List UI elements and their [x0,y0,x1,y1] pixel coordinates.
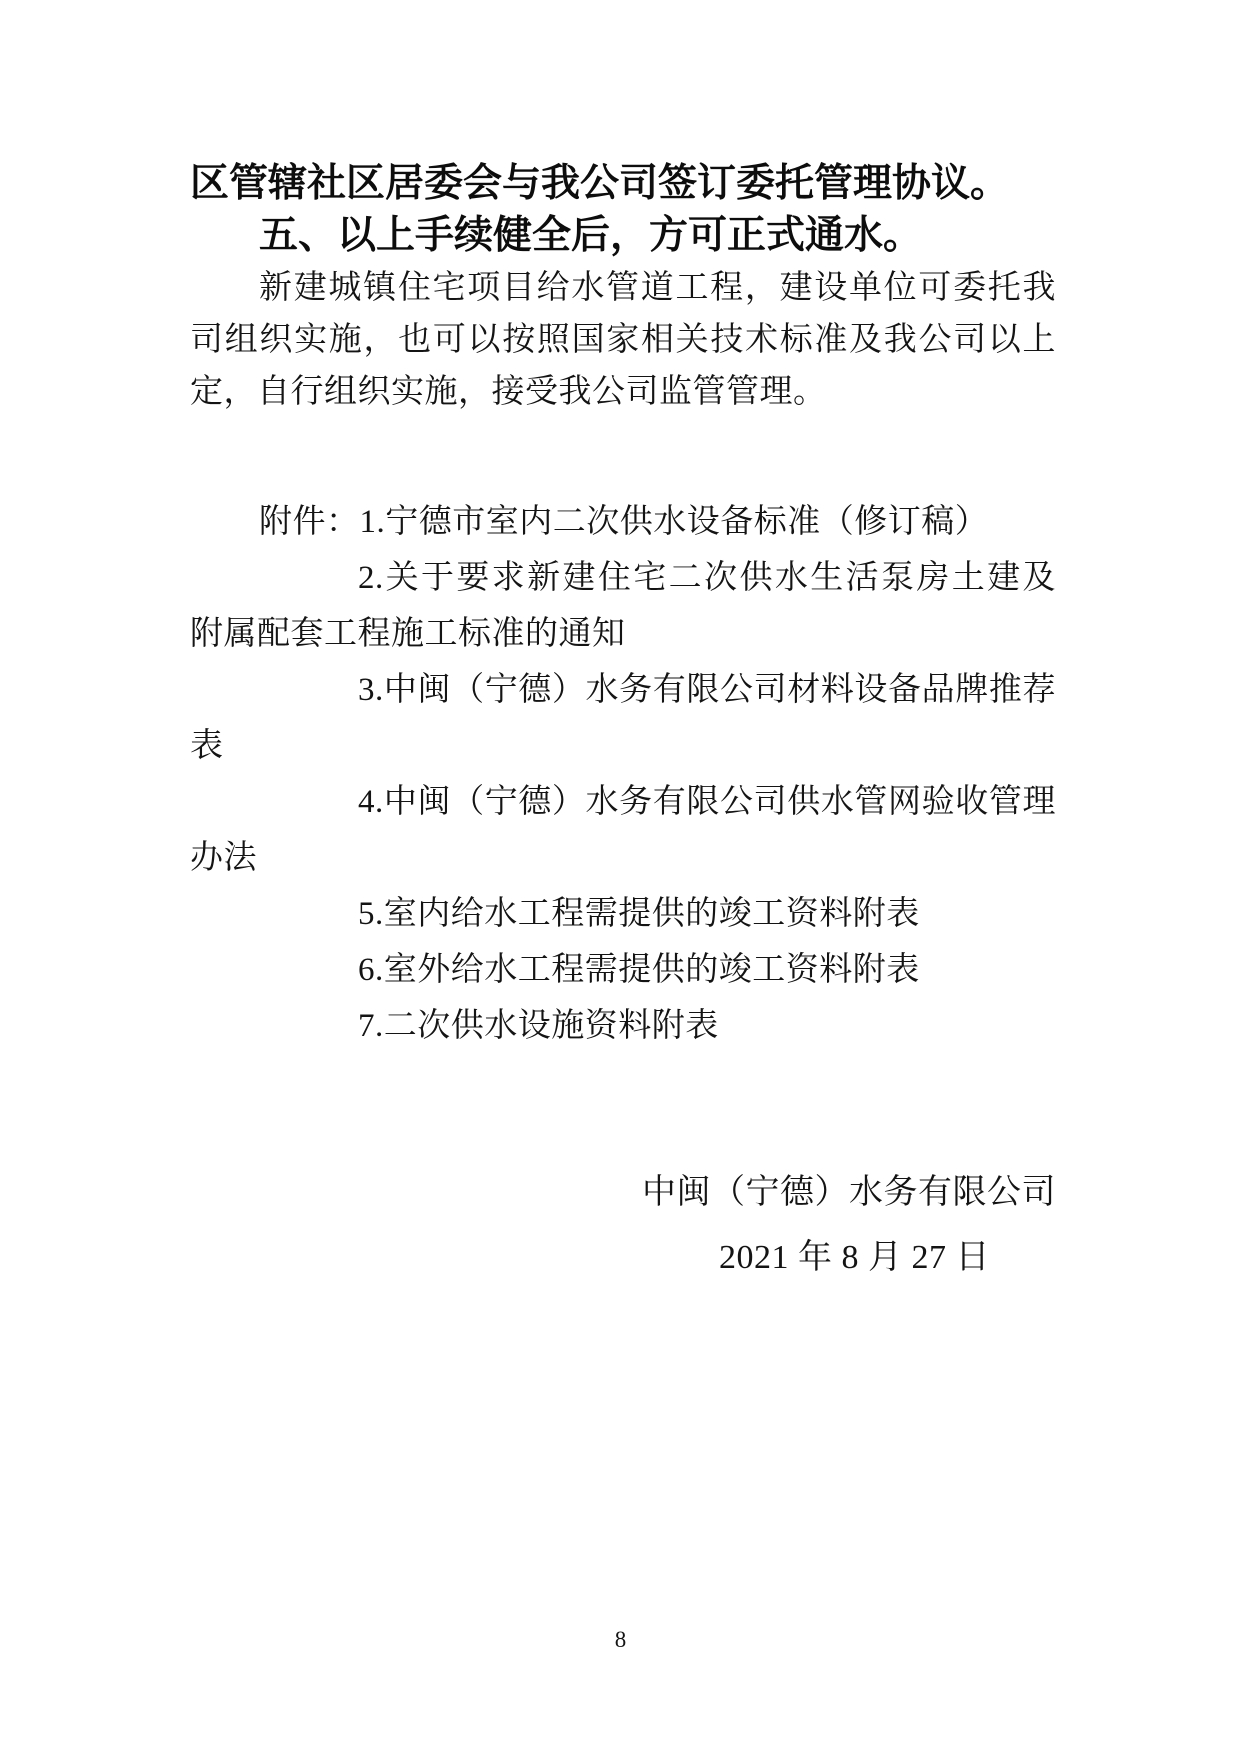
signature-date: 2021 年 8 月 27 日 [190,1237,1056,1279]
page-number: 8 [0,1626,1241,1654]
attachment-item-6: 6.室外给水工程需提供的竣工资料附表 [190,948,1056,992]
attachment-item-4: 4.中闽（宁德）水务有限公司供水管网验收管理 [190,780,1056,824]
paragraph-line: 司组织实施，也可以按照国家相关技术标准及我公司以上规 [190,318,1056,366]
paragraph-line: 定，自行组织实施，接受我公司监管管理。 [190,370,1056,414]
attachment-item-7: 7.二次供水设施资料附表 [190,1004,1056,1048]
attachment-line: 附件：1.宁德市室内二次供水设备标准（修订稿） [190,500,1056,544]
attachment-item-5: 5.室内给水工程需提供的竣工资料附表 [190,892,1056,936]
body-continuation-line: 区管辖社区居委会与我公司签订委托管理协议。 [190,160,1056,208]
attachment-item-4-continuation: 办法 [190,836,1056,880]
signature-company: 中闽（宁德）水务有限公司 [190,1172,1056,1214]
attachment-item-2-continuation: 附属配套工程施工标准的通知 [190,612,1056,656]
attachment-item-3-continuation: 表 [190,724,1056,768]
attachment-item-2: 2.关于要求新建住宅二次供水生活泵房土建及 [190,556,1056,600]
attachments-label: 附件： [259,504,360,540]
paragraph-line: 新建城镇住宅项目给水管道工程，建设单位可委托我公 [190,266,1056,314]
document-page: 区管辖社区居委会与我公司签订委托管理协议。 五、以上手续健全后，方可正式通水。 … [0,0,1241,1754]
attachment-item-1: 1.宁德市室内二次供水设备标准（修订稿） [360,504,989,540]
attachment-item-3: 3.中闽（宁德）水务有限公司材料设备品牌推荐 [190,668,1056,712]
section-heading: 五、以上手续健全后，方可正式通水。 [190,212,1056,260]
